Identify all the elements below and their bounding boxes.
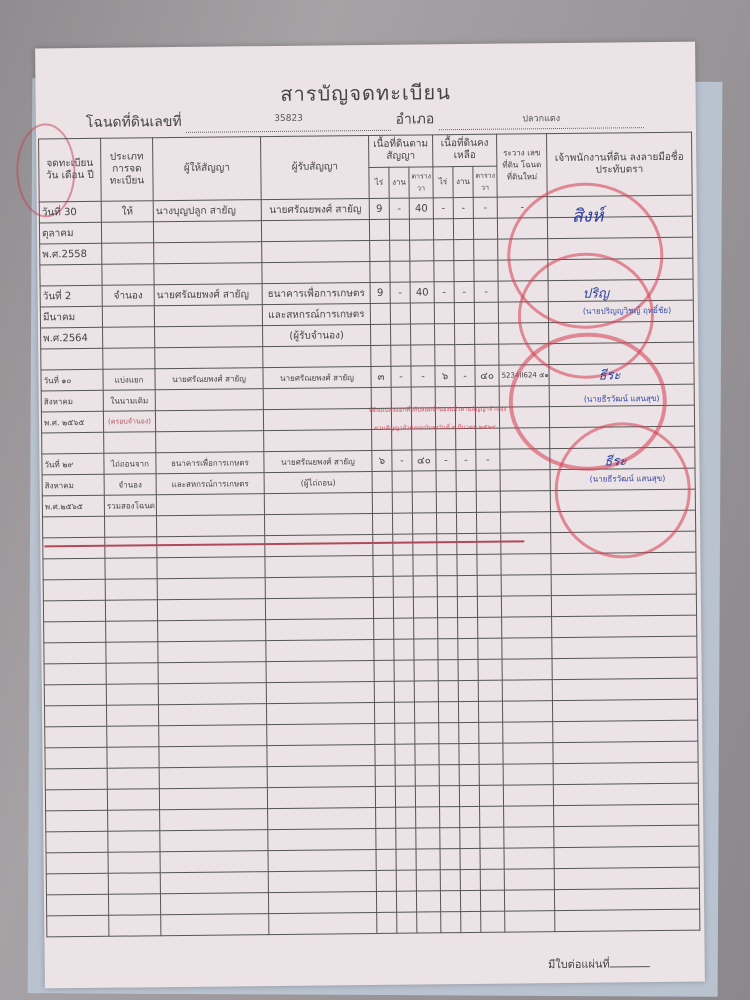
deed-label: โฉนดที่ดินเลขที่ <box>86 114 182 131</box>
deed-number: 35823 <box>274 114 303 124</box>
deed-info: โฉนดที่ดินเลขที่ 35823 อำเภอ ปลวกแดง <box>86 106 656 134</box>
signature: สิงห์ <box>572 201 604 230</box>
header-ngan: งาน <box>389 167 409 199</box>
signature-caption: (นายธีรวัฒน์ แสนสุข) <box>584 392 660 406</box>
header-sqwa: ตารางวา <box>409 166 433 198</box>
signature-caption: (นายปริญญวิชญ์ ฤทธิ์ชัย) <box>583 304 671 318</box>
signature: ธีระ <box>604 450 626 471</box>
signature: ปริญ <box>583 282 610 303</box>
header-rai: ไร่ <box>433 166 453 198</box>
district-label: อำเภอ <box>395 111 434 127</box>
header-rai: ไร่ <box>369 167 389 199</box>
red-annotation: ตามสัญญาจำนองฉบับลงวันที่ ๒ มีนาคม ๒๕๖๔ <box>374 422 496 433</box>
header-type: ประเภทการจดทะเบียน <box>101 138 154 202</box>
signature-caption: (นายธีรวัฒน์ แสนสุข) <box>590 472 666 486</box>
continuation-sheet-label: มีใบต่อแผ่นที่ <box>548 954 650 973</box>
header-grantor: ผู้ให้สัญญา <box>153 137 262 201</box>
official-stamp <box>554 422 691 559</box>
header-area-remaining: เนื้อที่ดินคงเหลือ <box>433 134 497 166</box>
register-page: สารบัญจดทะเบียน โฉนดที่ดินเลขที่ 35823 อ… <box>35 42 705 989</box>
header-new-deed: ระวาง เลขที่ดิน โฉนดที่ดินใหม่ <box>497 134 548 198</box>
signature: ธีระ <box>598 364 620 385</box>
header-date: จดทะเบียน วัน เดือน ปี <box>39 138 102 202</box>
header-area-contract: เนื้อที่ดินตามสัญญา <box>369 135 433 167</box>
header-sqwa: ตารางวา <box>473 166 497 198</box>
red-annotation: ที่ดินแปลงแยกที่ได้ปลอดจำนองแล้วตามสัญญา… <box>369 404 507 415</box>
header-ngan: งาน <box>453 166 473 198</box>
header-grantee: ผู้รับสัญญา <box>261 135 370 199</box>
district-value: ปลวกแดง <box>522 111 560 125</box>
